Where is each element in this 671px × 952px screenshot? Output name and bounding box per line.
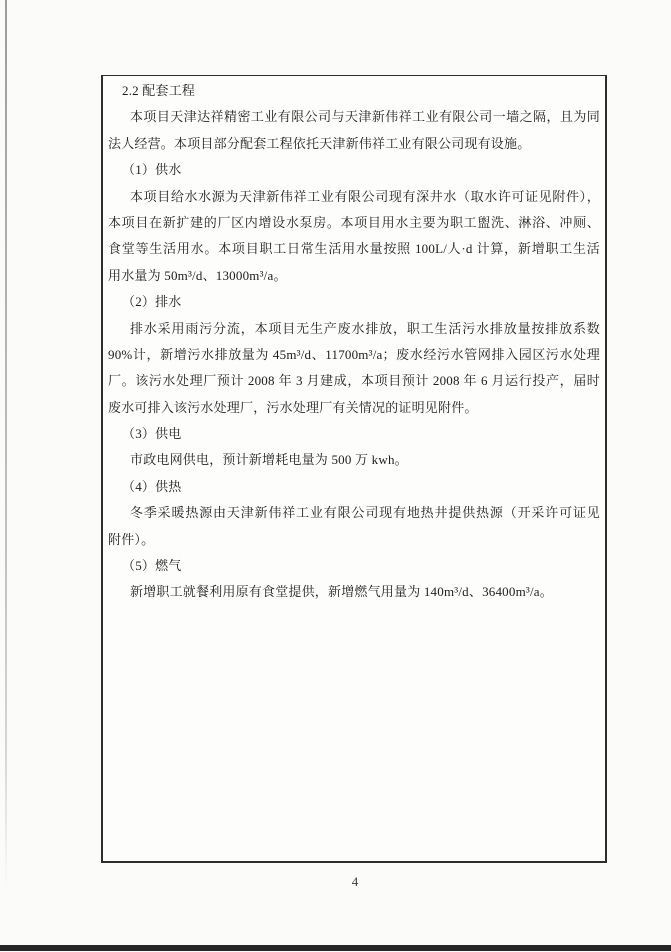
page-number: 4 — [340, 874, 370, 890]
content-box: 2.2 配套工程 本项目天津达祥精密工业有限公司与天津新伟祥工业有限公司一墙之隔… — [101, 75, 607, 863]
bottom-scan-bar — [0, 945, 671, 951]
text-line: 新增职工就餐利用原有食堂提供，新增燃气用量为 140m³/d、36400m³/a… — [108, 579, 600, 605]
scan-edge-line — [5, 0, 7, 890]
text-line: 市政电网供电，预计新增耗电量为 500 万 kwh。 — [108, 447, 600, 473]
text-line: 本项目天津达祥精密工业有限公司与天津新伟祥工业有限公司一墙之隔，且为同一 — [108, 104, 600, 130]
text-line: 本项目在新扩建的厂区内增设水泵房。本项目用水主要为职工盥洗、淋浴、冲厕、 — [108, 210, 600, 236]
text-line: 本项目给水水源为天津新伟祥工业有限公司现有深井水（取水许可证见附件）， — [108, 184, 600, 210]
subsection-heading: （2）排水 — [108, 289, 600, 315]
subsection-heading: （5）燃气 — [108, 553, 600, 579]
text-line: 90%计，新增污水排放量为 45m³/d、11700m³/a；废水经污水管网排入… — [108, 342, 600, 368]
subsection-heading: （4）供热 — [108, 474, 600, 500]
text-line: 附件）。 — [108, 527, 600, 553]
section-heading: 2.2 配套工程 — [108, 78, 600, 104]
text-line: 食堂等生活用水。本项目职工日常生活用水量按照 100L/人·d 计算，新增职工生… — [108, 236, 600, 262]
text-line: 用水量为 50m³/d、13000m³/a。 — [108, 263, 600, 289]
subsection-heading: （1）供水 — [108, 157, 600, 183]
text-line: 厂。该污水处理厂预计 2008 年 3 月建成，本项目预计 2008 年 6 月… — [108, 368, 600, 394]
text-line: 冬季采暖热源由天津新伟祥工业有限公司现有地热井提供热源（开采许可证见 — [108, 500, 600, 526]
text-line: 排水采用雨污分流，本项目无生产废水排放，职工生活污水排放量按排放系数 — [108, 316, 600, 342]
text-line: 法人经营。本项目部分配套工程依托天津新伟祥工业有限公司现有设施。 — [108, 131, 600, 157]
text-line: 废水可排入该污水处理厂，污水处理厂有关情况的证明见附件。 — [108, 395, 600, 421]
subsection-heading: （3）供电 — [108, 421, 600, 447]
